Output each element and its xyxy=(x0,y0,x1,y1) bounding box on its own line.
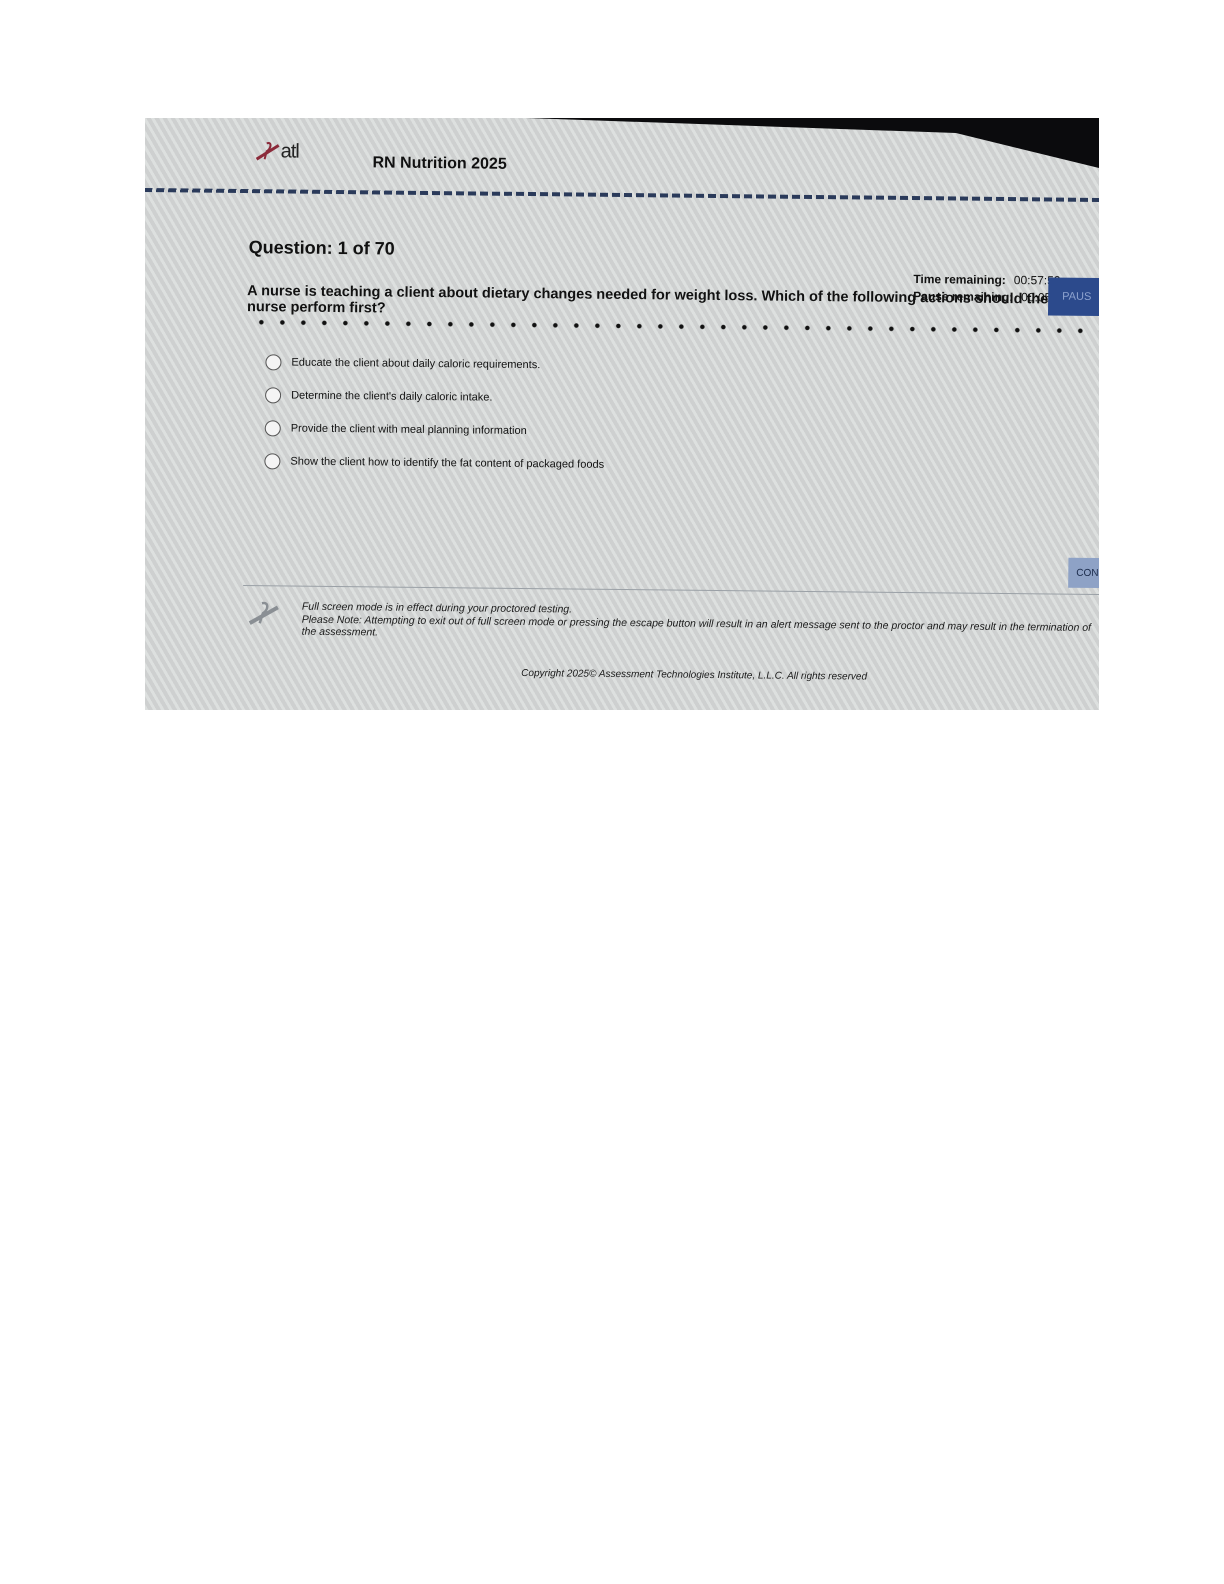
copyright: Copyright 2025© Assessment Technologies … xyxy=(521,668,867,683)
test-screen: atl RN Nutrition 2025 Question: 1 of 70 … xyxy=(145,118,1099,710)
atl-logo: atl xyxy=(255,139,299,163)
time-remaining: Time remaining: 00:57:53 xyxy=(913,271,1068,290)
option-label: Show the client how to identify the fat … xyxy=(290,455,604,470)
radio-button[interactable] xyxy=(265,420,281,436)
option-label: Provide the client with meal planning in… xyxy=(291,422,527,436)
answer-options: Educate the client about daily caloric r… xyxy=(264,345,605,481)
time-remaining-label: Time remaining: xyxy=(913,271,1006,289)
answer-option[interactable]: Show the client how to identify the fat … xyxy=(264,444,604,481)
answer-option[interactable]: Provide the client with meal planning in… xyxy=(265,411,605,448)
logo-text: atl xyxy=(281,140,299,163)
radio-button[interactable] xyxy=(265,354,281,370)
header-divider xyxy=(145,188,1099,202)
atl-watermark-icon xyxy=(248,599,282,627)
fullscreen-notice: Full screen mode is in effect during you… xyxy=(302,601,1092,647)
radio-button[interactable] xyxy=(264,453,280,469)
answer-option[interactable]: Determine the client's daily caloric int… xyxy=(265,378,605,415)
footer-divider xyxy=(243,585,1099,595)
answer-option[interactable]: Educate the client about daily caloric r… xyxy=(265,345,605,382)
continue-button[interactable]: CON xyxy=(1068,558,1099,588)
atl-logo-icon xyxy=(255,139,283,163)
screen-photo: atl RN Nutrition 2025 Question: 1 of 70 … xyxy=(145,118,1099,710)
radio-button[interactable] xyxy=(265,387,281,403)
app-title: RN Nutrition 2025 xyxy=(372,154,506,173)
option-label: Educate the client about daily caloric r… xyxy=(291,356,540,371)
question-counter: Question: 1 of 70 xyxy=(249,237,395,260)
option-label: Determine the client's daily caloric int… xyxy=(291,389,493,403)
